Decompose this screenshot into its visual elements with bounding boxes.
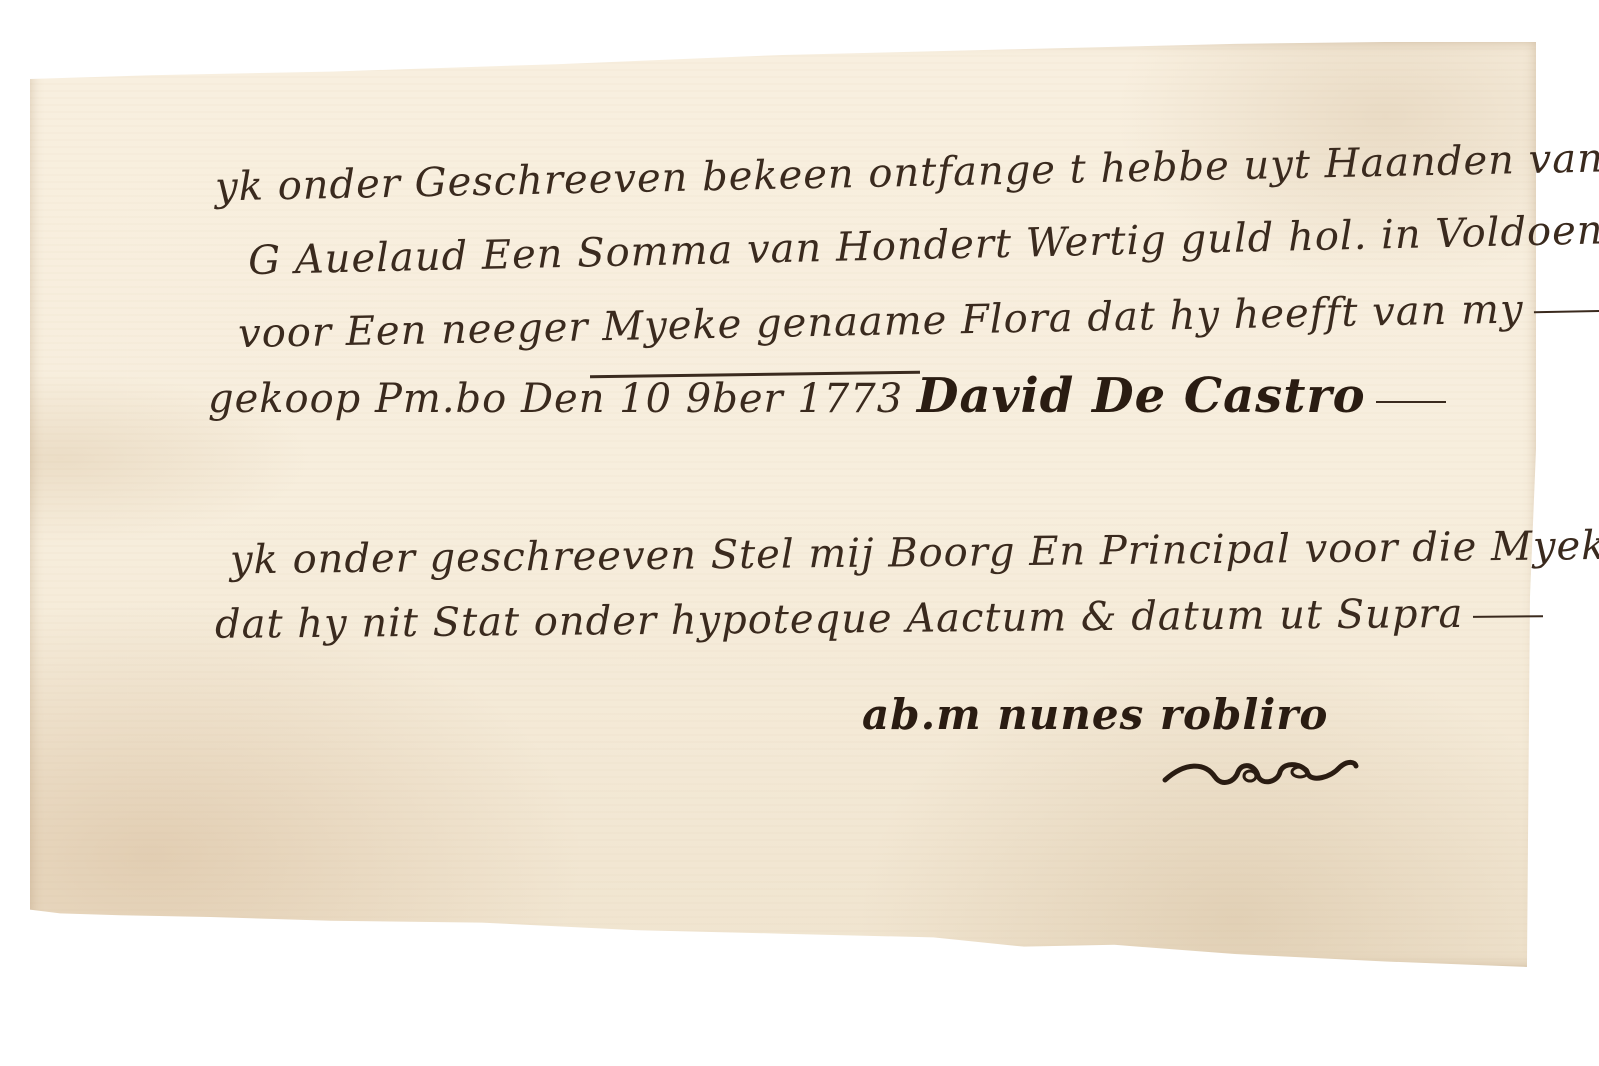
document-scan: yk onder Geschreeven bekeen ontfange t h… xyxy=(0,0,1599,1066)
line-end-dash xyxy=(1534,310,1599,313)
signature-end-dash xyxy=(1376,401,1446,403)
receipt-line-4: gekoop Pm.bo Den 10 9ber 1773 David De C… xyxy=(208,368,1446,424)
signature-nunes: ab.m nunes robliro xyxy=(862,690,1328,739)
signature-flourish-icon xyxy=(1160,752,1360,792)
signature-david-de-castro: David De Castro xyxy=(917,368,1366,424)
receipt-date-text: gekoop Pm.bo Den 10 9ber 1773 xyxy=(208,376,903,422)
line-end-dash-2 xyxy=(1473,615,1543,618)
